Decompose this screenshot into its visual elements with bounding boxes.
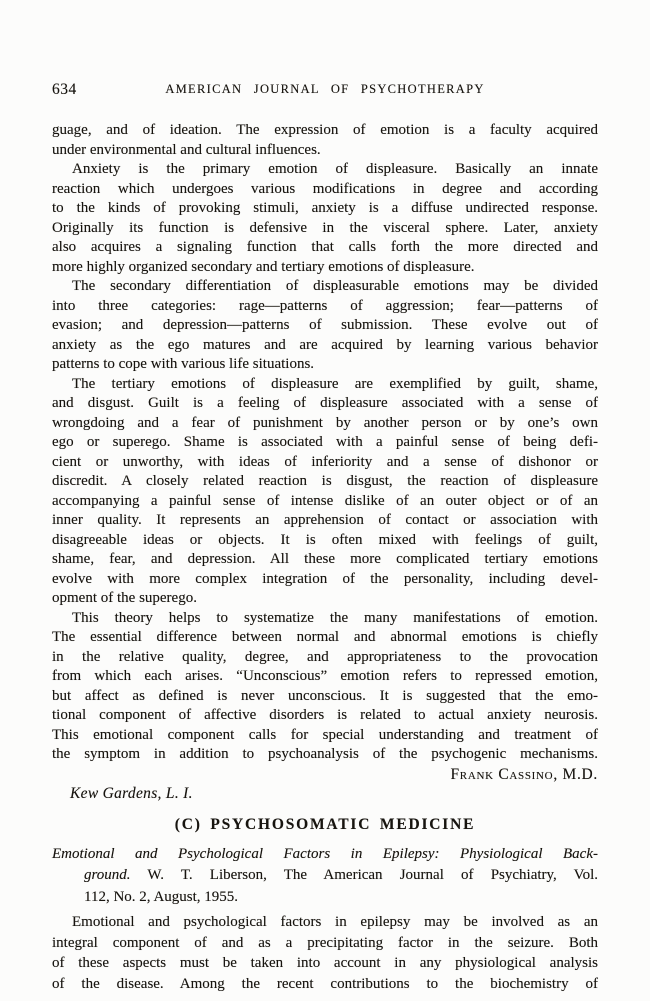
citation-source-segment: 112, No. 2, August, 1955. xyxy=(84,889,238,905)
text-line: under environmental and cultural influen… xyxy=(52,141,598,161)
text-line: Originally its function is defensive in … xyxy=(52,219,598,239)
text-line: ground. W. T. Liberson, The American Jou… xyxy=(52,865,598,887)
body-paragraph: Anxiety is the primary emotion of disple… xyxy=(52,160,598,277)
body-paragraph: The tertiary emotions of displeasure are… xyxy=(52,375,598,609)
text-line: The tertiary emotions of displeasure are… xyxy=(52,375,598,395)
text-line: of the disease. Among the recent contrib… xyxy=(52,974,598,995)
citation-title-segment: Emotional and Psychological Factors in E… xyxy=(52,846,598,862)
text-line: integral component of and as a precipita… xyxy=(52,933,598,954)
text-line: 112, No. 2, August, 1955. xyxy=(52,887,598,909)
text-line: cient or unworthy, with ideas of inferio… xyxy=(52,453,598,473)
body-paragraph: Emotional and psychological factors in e… xyxy=(52,912,598,994)
body-paragraph: guage, and of ideation. The expression o… xyxy=(52,121,598,160)
text-line: Emotional and psychological factors in e… xyxy=(52,912,598,933)
text-line: This theory helps to systematize the man… xyxy=(52,609,598,629)
text-line: Emotional and Psychological Factors in E… xyxy=(52,844,598,866)
text-line: opment of the superego. xyxy=(52,589,598,609)
reference-citation: Emotional and Psychological Factors in E… xyxy=(52,844,598,909)
author-signature: Frank Cassino, M.D. xyxy=(52,765,598,785)
text-line: inner quality. It represents an apprehen… xyxy=(52,511,598,531)
text-line: also acquires a signaling function that … xyxy=(52,238,598,258)
citation-title-segment: ground. xyxy=(84,867,131,883)
text-line: This emotional component calls for speci… xyxy=(52,726,598,746)
section-heading: (C) PSYCHOSOMATIC MEDICINE xyxy=(52,817,598,833)
text-line: The secondary differentiation of displea… xyxy=(52,277,598,297)
page-number: 634 xyxy=(52,81,77,99)
text-line: wrongdoing and a fear of punishment by a… xyxy=(52,414,598,434)
author-location: Kew Gardens, L. I. xyxy=(52,784,598,804)
text-line: the symptom in addition to psychoanalysi… xyxy=(52,745,598,765)
text-line: of these aspects must be taken into acco… xyxy=(52,953,598,974)
body-paragraph: This theory helps to systematize the man… xyxy=(52,609,598,765)
text-line: accompanying a painful sense of intense … xyxy=(52,492,598,512)
text-line: anxiety as the ego matures and are acqui… xyxy=(52,336,598,356)
text-line: and disgust. Guilt is a feeling of displ… xyxy=(52,394,598,414)
text-line: patterns to cope with various life situa… xyxy=(52,355,598,375)
text-line: from which each arises. “Unconscious” em… xyxy=(52,667,598,687)
text-line: The essential difference between normal … xyxy=(52,628,598,648)
text-line: guage, and of ideation. The expression o… xyxy=(52,121,598,141)
text-line: tional component of affective disorders … xyxy=(52,706,598,726)
text-line: evasion; and depression—patterns of subm… xyxy=(52,316,598,336)
journal-page: 634 AMERICAN JOURNAL OF PSYCHOTHERAPY gu… xyxy=(0,0,650,1001)
text-line: shame, fear, and depression. All these m… xyxy=(52,550,598,570)
page-body: guage, and of ideation. The expression o… xyxy=(52,121,598,994)
text-line: disagreeable ideas or objects. It is oft… xyxy=(52,531,598,551)
text-line: into three categories: rage—patterns of … xyxy=(52,297,598,317)
page-header: 634 AMERICAN JOURNAL OF PSYCHOTHERAPY xyxy=(52,82,598,97)
citation-source-segment: W. T. Liberson, The American Journal of … xyxy=(131,867,598,883)
text-line: reaction which undergoes various modific… xyxy=(52,180,598,200)
running-head: AMERICAN JOURNAL OF PSYCHOTHERAPY xyxy=(52,82,598,97)
text-line: ego or superego. Shame is associated wit… xyxy=(52,433,598,453)
text-line: in the relative quality, degree, and app… xyxy=(52,648,598,668)
body-paragraph: The secondary differentiation of displea… xyxy=(52,277,598,375)
text-line: discredit. A closely related reaction is… xyxy=(52,472,598,492)
text-line: Anxiety is the primary emotion of disple… xyxy=(52,160,598,180)
text-line: but affect as defined is never unconscio… xyxy=(52,687,598,707)
text-line: evolve with more complex integration of … xyxy=(52,570,598,590)
text-line: more highly organized secondary and tert… xyxy=(52,258,598,278)
text-line: to the kinds of provoking stimuli, anxie… xyxy=(52,199,598,219)
